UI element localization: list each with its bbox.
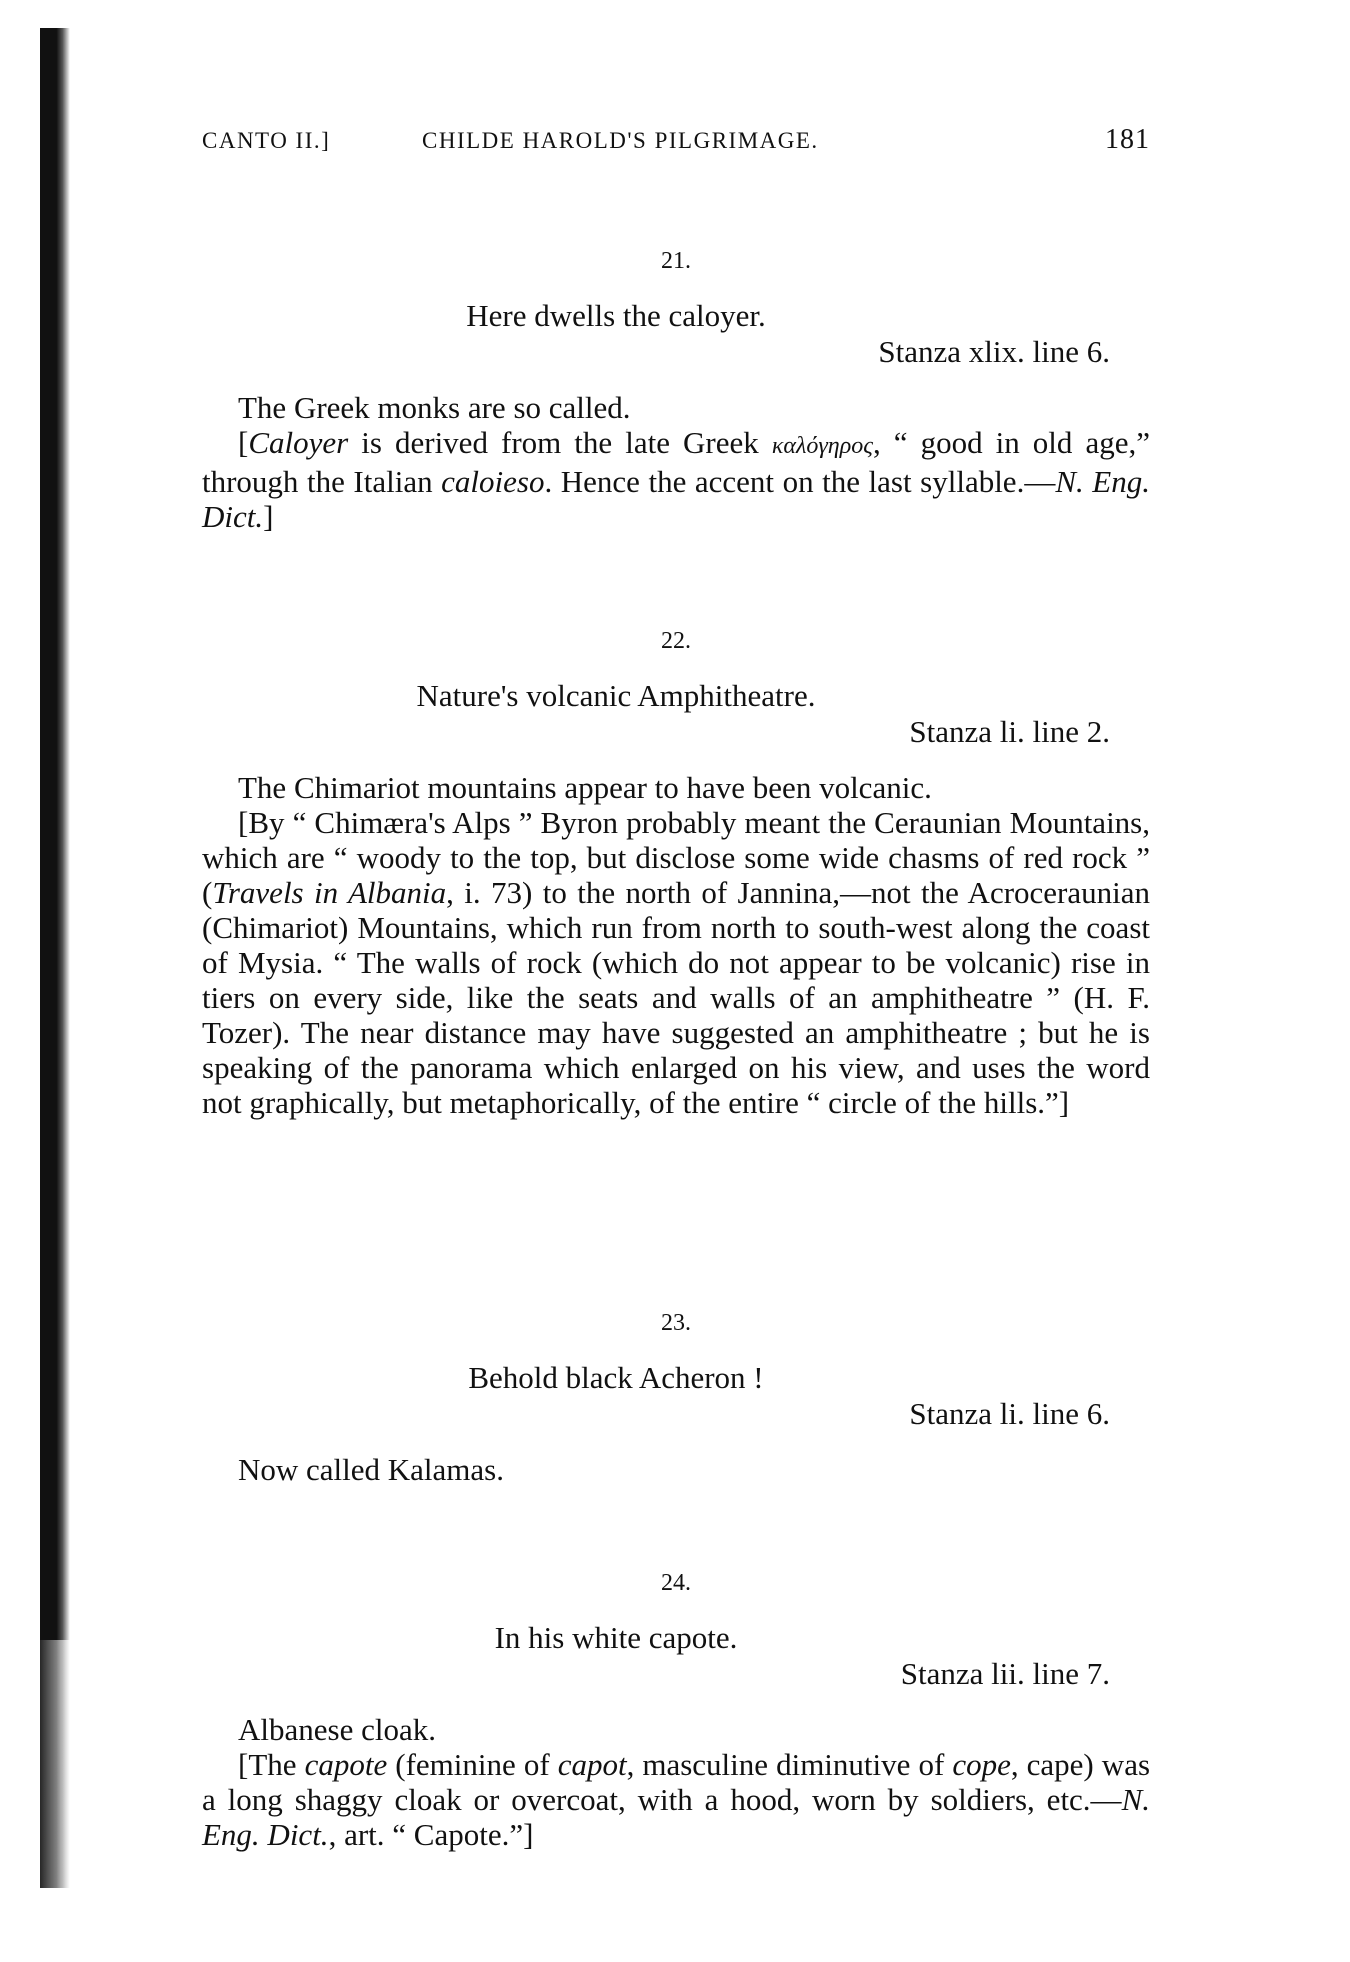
note-body: The Chimariot mountains appear to have b… — [202, 770, 1150, 1120]
note-quote: Here dwells the caloyer. — [202, 298, 1150, 334]
page-binding-shadow — [40, 28, 70, 1888]
note-paragraph: Now called Kalamas. — [202, 1452, 1150, 1487]
note-21: 21. Here dwells the caloyer. Stanza xlix… — [202, 246, 1150, 534]
note-number: 24. — [202, 1568, 1150, 1598]
note-paragraph: The Greek monks are so called. — [202, 390, 1150, 425]
note-number: 21. — [202, 246, 1150, 276]
note-paragraph: The Chimariot mountains appear to have b… — [202, 770, 1150, 805]
note-reference: Stanza lii. line 7. — [202, 1656, 1150, 1692]
note-paragraph: [By “ Chimæra's Alps ” Byron probably me… — [202, 805, 1150, 1120]
running-head: CANTO II.] CHILDE HAROLD'S PILGRIMAGE. 1… — [202, 128, 1150, 164]
note-reference: Stanza xlix. line 6. — [202, 334, 1150, 370]
note-quote: Behold black Acheron ! — [202, 1360, 1150, 1396]
note-23: 23. Behold black Acheron ! Stanza li. li… — [202, 1308, 1150, 1487]
note-reference: Stanza li. line 6. — [202, 1396, 1150, 1432]
note-paragraph: Albanese cloak. — [202, 1712, 1150, 1747]
note-22: 22. Nature's volcanic Amphitheatre. Stan… — [202, 626, 1150, 1120]
note-quote: In his white capote. — [202, 1620, 1150, 1656]
note-body: Now called Kalamas. — [202, 1452, 1150, 1487]
page-binding-fade — [36, 1640, 76, 1890]
note-body: The Greek monks are so called. [Caloyer … — [202, 390, 1150, 534]
note-24: 24. In his white capote. Stanza lii. lin… — [202, 1568, 1150, 1852]
note-number: 22. — [202, 626, 1150, 656]
note-reference: Stanza li. line 2. — [202, 714, 1150, 750]
page-number: 181 — [1105, 124, 1150, 156]
note-body: Albanese cloak. [The capote (feminine of… — [202, 1712, 1150, 1852]
note-number: 23. — [202, 1308, 1150, 1338]
note-paragraph: [The capote (feminine of capot, masculin… — [202, 1747, 1150, 1852]
running-head-canto: CANTO II.] — [202, 128, 330, 154]
note-quote: Nature's volcanic Amphitheatre. — [202, 678, 1150, 714]
note-paragraph: [Caloyer is derived from the late Greek … — [202, 425, 1150, 534]
running-head-title: CHILDE HAROLD'S PILGRIMAGE. — [422, 128, 819, 154]
